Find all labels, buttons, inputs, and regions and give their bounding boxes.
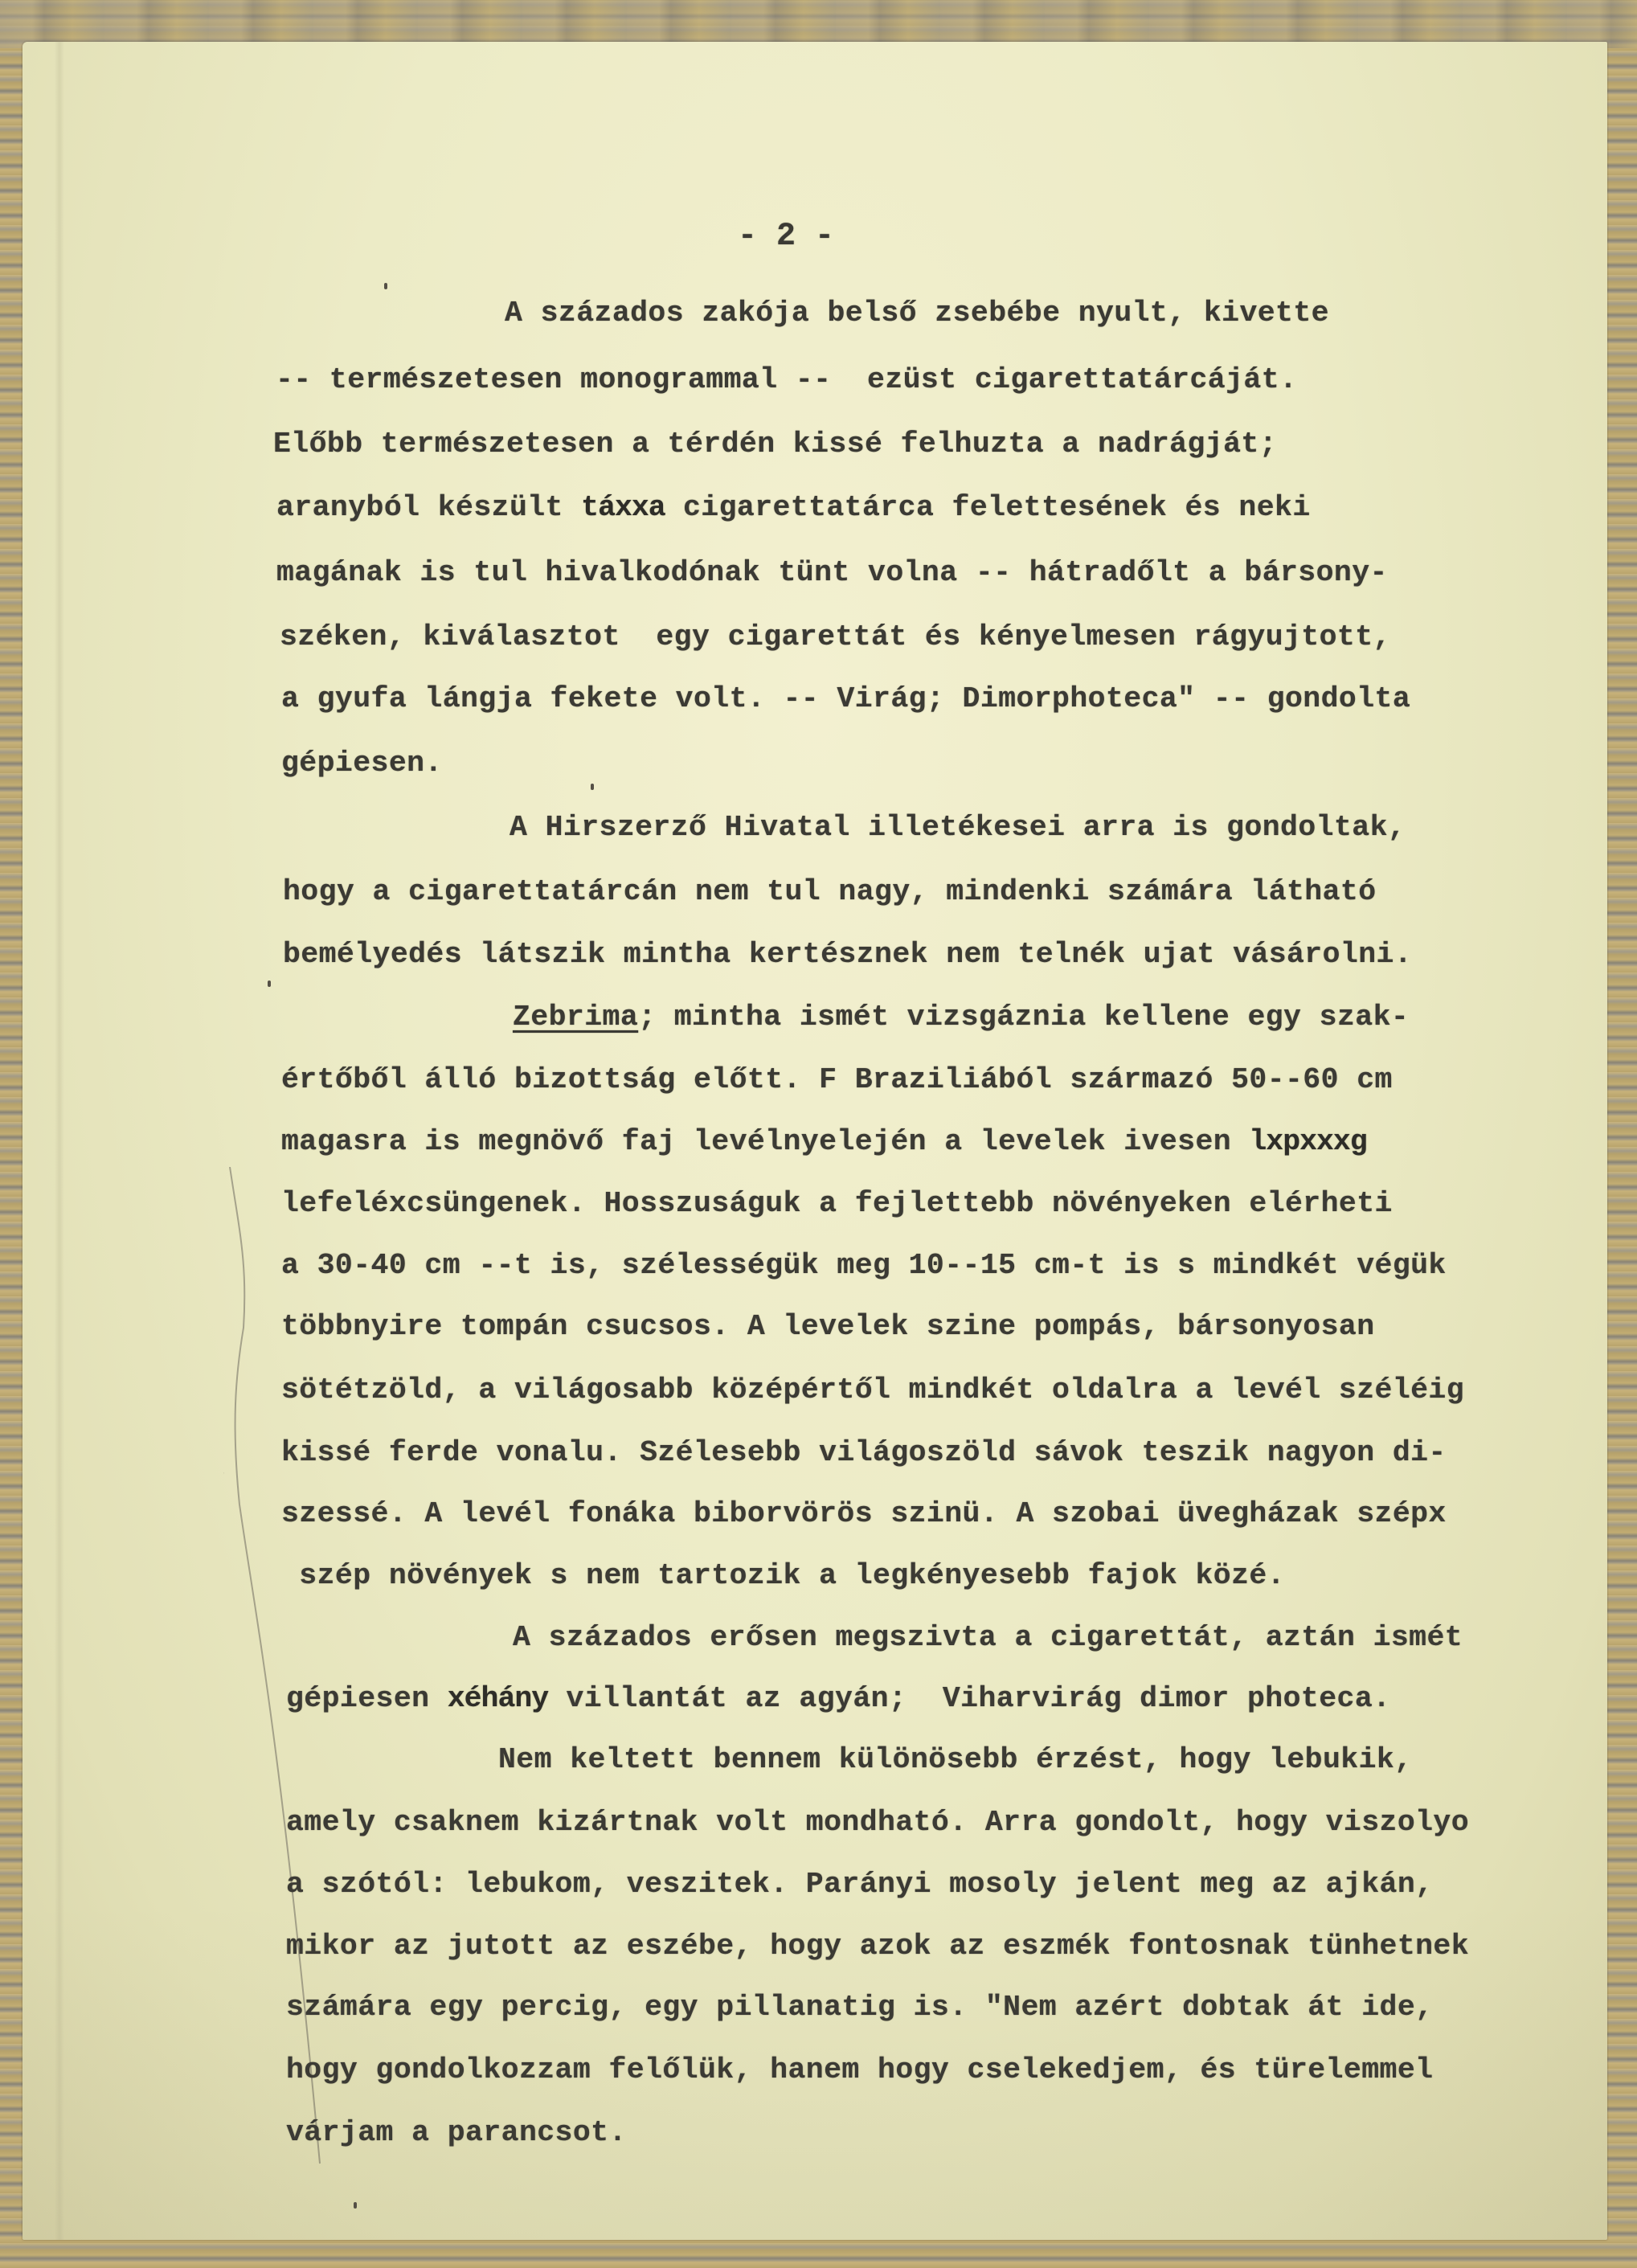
struck-word: lxpxxxg [1249,1125,1366,1158]
line-23-part-3: villantát az agyán; Viharvirág dimor pho… [548,1682,1390,1715]
line-29: hogy gondolkozzam felőlük, hanem hogy cs… [286,2056,1433,2086]
line-12: Zebrima; mintha ismét vizsgáznia kellene… [513,1003,1409,1033]
ink-speck [354,2202,357,2209]
ink-speck [591,784,594,790]
line-6: széken, kiválasztot egy cigarettát és ké… [280,623,1391,653]
line-1: A százados zakója belső zsebébe nyult, k… [505,299,1329,329]
struck-word: táxxa [581,491,665,524]
line-15: lefeléxcsüngenek. Hosszuságuk a fejlette… [281,1189,1393,1219]
struck-word: xéhány [448,1682,548,1715]
desk-surface-top [0,0,1637,48]
line-30: várjam a parancsot. [286,2119,627,2148]
line-3: Előbb természetesen a térdén kissé felhu… [273,430,1277,460]
line-23: gépiesen xéhány villantát az agyán; Viha… [286,1685,1390,1714]
line-13: értőből álló bizottság előtt. F Braziliá… [281,1066,1393,1095]
line-23-part-1: gépiesen [286,1682,448,1715]
line-25: amely csaknem kizártnak volt mondható. A… [286,1808,1469,1838]
line-21: szép növények s nem tartozik a legkényes… [281,1562,1285,1591]
page-number: - 2 - [738,219,834,255]
line-19: kissé ferde vonalu. Szélesebb világoszöl… [281,1439,1447,1468]
line-18: sötétzöld, a világosabb középértől mindk… [281,1376,1464,1406]
ink-speck [268,980,271,987]
line-27: mikor az jutott az eszébe, hogy azok az … [286,1932,1469,1962]
line-8: gépiesen. [281,749,443,779]
line-5: magának is tul hivalkodónak tünt volna -… [276,559,1388,588]
line-16: a 30-40 cm --t is, szélességük meg 10--1… [281,1251,1447,1281]
line-4-part-1: aranyból készült [276,491,581,524]
line-14: magasra is megnövő faj levélnyelején a l… [281,1128,1367,1157]
line-7: a gyufa lángja fekete volt. -- Virág; Di… [281,685,1410,714]
line-28: számára egy percig, egy pillanatig is. "… [286,1993,1433,2023]
line-14-part-1: magasra is megnövő faj levélnyelején a l… [281,1125,1249,1158]
ink-speck [384,283,387,289]
line-4: aranyból készült táxxa cigarettatárca fe… [276,493,1311,523]
line-4-part-3: cigarettatárca felettesének és neki [665,491,1311,524]
line-9: A Hirszerző Hivatal illetékesei arra is … [510,813,1406,843]
line-12-part-2: ; mintha ismét vizsgáznia kellene egy sz… [638,1001,1409,1034]
underlined-word-zebrima: Zebrima [513,1001,638,1034]
line-24: Nem keltett bennem különösebb érzést, ho… [498,1746,1412,1775]
line-10: hogy a cigarettatárcán nem tul nagy, min… [283,878,1377,907]
line-17: többnyire tompán csucsos. A levelek szin… [281,1312,1375,1342]
line-22: A százados erősen megszivta a cigarettát… [513,1623,1463,1653]
line-2: -- természetesen monogrammal -- ezüst ci… [276,366,1297,395]
line-20: szessé. A levél fonáka biborvörös szinü.… [281,1500,1447,1529]
line-26: a szótól: lebukom, veszitek. Parányi mos… [286,1870,1433,1900]
line-11: bemélyedés látszik mintha kertésznek nem… [283,940,1412,970]
